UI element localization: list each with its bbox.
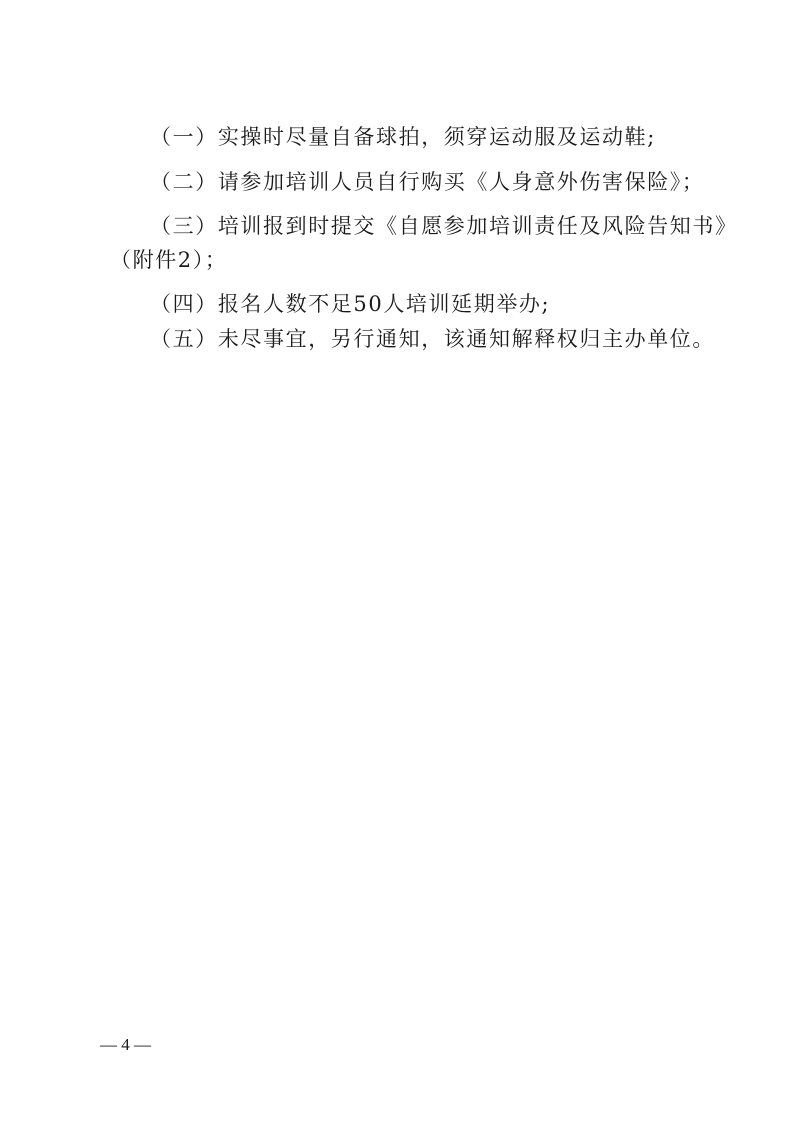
list-item-2: （二）请参加培训人员自行购买《人身意外伤害保险》； <box>150 168 705 196</box>
item-text: 实操时尽量自备球拍，须穿运动服及运动鞋; <box>218 125 656 149</box>
item-text: 未尽事宜，另行通知，该通知解释权归主办单位。 <box>218 327 715 351</box>
item-text: 报名人数不足50人培训延期举办; <box>218 292 550 316</box>
item-marker: （四） <box>150 292 218 316</box>
item-marker: （五） <box>150 327 218 351</box>
item-marker: （二） <box>150 170 218 194</box>
list-item-3-continuation: （附件2）； <box>110 246 227 274</box>
item-text: 培训报到时提交《自愿参加培训责任及风险告知书》 <box>218 214 738 238</box>
list-item-5: （五）未尽事宜，另行通知，该通知解释权归主办单位。 <box>150 325 715 353</box>
page-number: — 4 — <box>100 1034 151 1056</box>
list-item-4: （四）报名人数不足50人培训延期举办; <box>150 290 550 318</box>
item-text: 请参加培训人员自行购买《人身意外伤害保险》； <box>218 170 705 194</box>
list-item-3: （三）培训报到时提交《自愿参加培训责任及风险告知书》 <box>150 212 738 240</box>
list-item-1: （一）实操时尽量自备球拍，须穿运动服及运动鞋; <box>150 123 656 151</box>
item-marker: （三） <box>150 214 218 238</box>
document-page: （一）实操时尽量自备球拍，须穿运动服及运动鞋; （二）请参加培训人员自行购买《人… <box>0 0 800 1131</box>
item-marker: （一） <box>150 125 218 149</box>
